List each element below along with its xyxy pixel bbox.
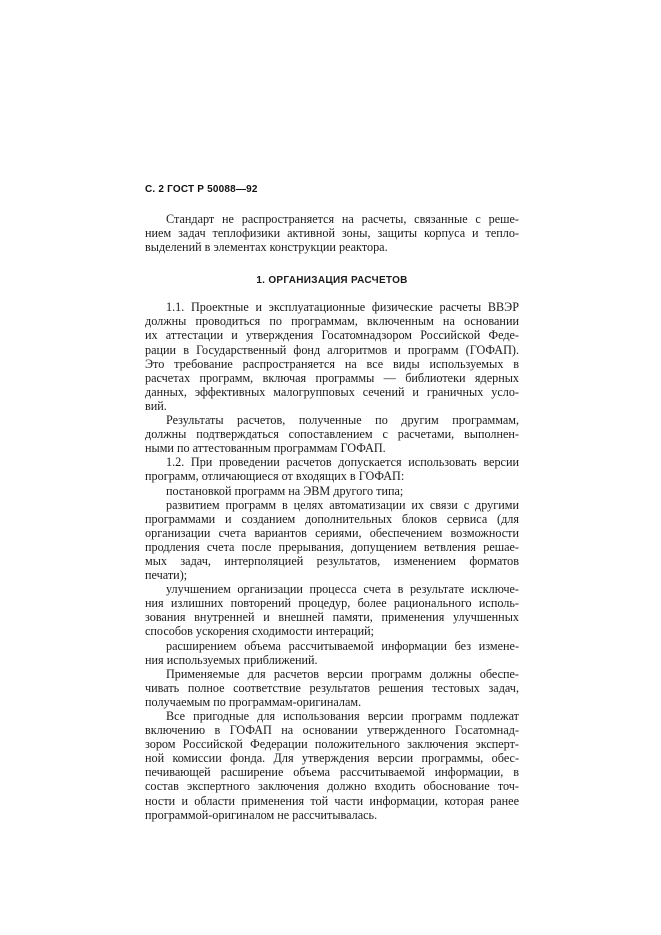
text-line: зования внутренней и внешней памяти, при… — [145, 610, 519, 624]
text-line: мых задач, интерполяцией результатов, из… — [145, 554, 519, 568]
text-line: продления счета после прерывания, допуще… — [145, 540, 519, 554]
intro-paragraph: Стандарт не распространяется на расчеты,… — [145, 212, 519, 254]
text-line: ности и области применения той части инф… — [145, 794, 519, 808]
document-page: С. 2 ГОСТ Р 50088—92 Стандарт не распрос… — [145, 183, 519, 822]
text-line: ной комиссии фонда. Для утверждения верс… — [145, 751, 519, 765]
list-item-expansion: расширением объема рассчитываемой информ… — [145, 639, 519, 667]
text-line: должны подтверждаться сопоставлением с р… — [145, 427, 519, 441]
paragraph-results: Результаты расчетов, полученные по други… — [145, 413, 519, 455]
text-line: их аттестации и утверждения Госатомнадзо… — [145, 328, 519, 342]
text-line: расширением объема рассчитываемой информ… — [145, 639, 519, 653]
text-line: рации в Государственный фонд алгоритмов … — [145, 343, 519, 357]
text-line: 1.2. При проведении расчетов допускается… — [145, 455, 519, 469]
text-line: зором Российской Федерации положительног… — [145, 737, 519, 751]
text-line: ными по аттестованным программам ГОФАП. — [145, 441, 519, 455]
text-line: Все пригодные для использования версии п… — [145, 709, 519, 723]
text-line: получаемым по программам-оригиналам. — [145, 695, 519, 709]
text-line: выделений в элементах конструкции реакто… — [145, 240, 519, 254]
text-line: печати); — [145, 568, 519, 582]
text-line: вий. — [145, 399, 519, 413]
text-line: развитием программ в целях автоматизации… — [145, 498, 519, 512]
text-line: 1.1. Проектные и эксплуатационные физиче… — [145, 300, 519, 314]
paragraph-1-1: 1.1. Проектные и эксплуатационные физиче… — [145, 300, 519, 413]
text-line: программами и созданием дополнительных б… — [145, 512, 519, 526]
text-line: ния используемых приближений. — [145, 653, 519, 667]
text-line: чивать полное соответствие результатов р… — [145, 681, 519, 695]
text-line: программ, отличающиеся от входящих в ГОФ… — [145, 469, 519, 483]
paragraph-1-2: 1.2. При проведении расчетов допускается… — [145, 455, 519, 483]
text-line: состав экспертного заключения должно вхо… — [145, 779, 519, 793]
spacer — [145, 254, 519, 274]
text-line: Стандарт не распространяется на расчеты,… — [145, 212, 519, 226]
section-title: 1. ОРГАНИЗАЦИЯ РАСЧЕТОВ — [145, 274, 519, 288]
text-line: ния излишних повторений процедур, более … — [145, 596, 519, 610]
text-line: улучшением организации процесса счета в … — [145, 582, 519, 596]
text-line: нием задач теплофизики активной зоны, за… — [145, 226, 519, 240]
list-item-development: развитием программ в целях автоматизации… — [145, 498, 519, 583]
list-item-optimization: улучшением организации процесса счета в … — [145, 582, 519, 638]
text-line: печивающей расширение объема рассчитывае… — [145, 765, 519, 779]
text-line: включению в ГОФАП на основании утвержден… — [145, 723, 519, 737]
paragraph-versions-conformance: Применяемые для расчетов версии программ… — [145, 667, 519, 709]
spacer — [145, 197, 519, 212]
text-line: Применяемые для расчетов версии программ… — [145, 667, 519, 681]
text-line: способов ускорения сходимости интераций; — [145, 624, 519, 638]
text-line: организации счета вариантов сериями, обе… — [145, 526, 519, 540]
text-line: Результаты расчетов, полученные по други… — [145, 413, 519, 427]
text-line: данных, эффективных малогрупповых сечени… — [145, 385, 519, 399]
text-line: постановкой программ на ЭВМ другого типа… — [145, 484, 519, 498]
paragraph-inclusion: Все пригодные для использования версии п… — [145, 709, 519, 822]
text-line: программой-оригиналом не рассчитывалась. — [145, 808, 519, 822]
text-line: должны проводиться по программам, включе… — [145, 314, 519, 328]
spacer — [145, 288, 519, 300]
text-line: Это требование распространяется на все в… — [145, 357, 519, 371]
page-header: С. 2 ГОСТ Р 50088—92 — [145, 183, 519, 197]
list-item-porting: постановкой программ на ЭВМ другого типа… — [145, 484, 519, 498]
text-line: расчетах программ, включая программы — б… — [145, 371, 519, 385]
